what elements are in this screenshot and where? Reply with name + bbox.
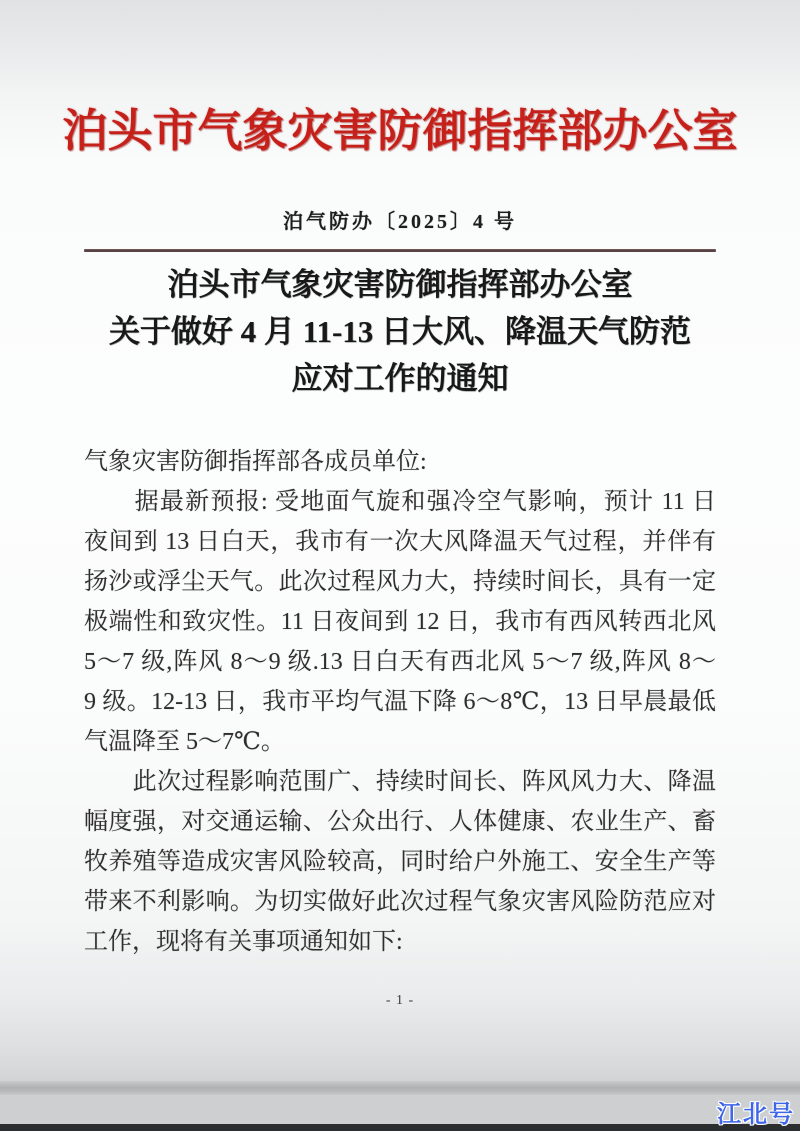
notice-title-line-2: 关于做好 4 月 11-13 日大风、降温天气防范 (0, 308, 800, 355)
document-photo: 泊头市气象灾害防御指挥部办公室 泊气防办〔2025〕4 号 泊头市气象灾害防御指… (0, 0, 800, 1131)
body-line: 牧养殖等造成灾害风险较高，同时给户外施工、安全生产等 (84, 842, 716, 882)
watermark-badge: 江北号 (717, 1094, 795, 1129)
body-line: 9 级。12-13 日，我市平均气温下降 6～8℃，13 日早晨最低 (84, 682, 716, 722)
doc-number: 泊气防办〔2025〕4 号 (0, 205, 800, 234)
body-line: 气温降至 5～7℃。 (84, 722, 716, 762)
notice-title-line-1: 泊头市气象灾害防御指挥部办公室 (0, 261, 800, 308)
notice-body: 气象灾害防御指挥部各成员单位: 据最新预报: 受地面气旋和强冷空气影响，预计 1… (84, 442, 716, 962)
body-line: 工作，现将有关事项通知如下: (84, 922, 716, 962)
body-line: 带来不利影响。为切实做好此次过程气象灾害风险防范应对 (84, 882, 716, 922)
body-line: 此次过程影响范围广、持续时间长、阵风风力大、降温 (84, 762, 716, 802)
body-line: 据最新预报: 受地面气旋和强冷空气影响，预计 11 日 (84, 482, 716, 522)
page-number: - 1 - (0, 993, 800, 1009)
notice-title: 泊头市气象灾害防御指挥部办公室 关于做好 4 月 11-13 日大风、降温天气防… (0, 261, 800, 402)
photo-bottom-band (0, 1095, 800, 1124)
body-line: 极端性和致灾性。11 日夜间到 12 日，我市有西风转西北风 (84, 602, 716, 642)
body-line: 幅度强，对交通运输、公众出行、人体健康、农业生产、畜 (84, 802, 716, 842)
body-line: 扬沙或浮尘天气。此次过程风力大，持续时间长，具有一定 (84, 562, 716, 602)
masthead-title: 泊头市气象灾害防御指挥部办公室 (0, 94, 800, 159)
photo-bottom-stripe (0, 1081, 800, 1095)
body-line: 5～7 级,阵风 8～9 级.13 日白天有西北风 5～7 级,阵风 8～ (84, 642, 716, 682)
separator-line (84, 249, 716, 252)
photo-bottom-edge (0, 1124, 800, 1131)
body-line: 夜间到 13 日白天，我市有一次大风降温天气过程，并伴有 (84, 522, 716, 562)
body-line-salutation: 气象灾害防御指挥部各成员单位: (84, 442, 716, 482)
notice-title-line-3: 应对工作的通知 (0, 355, 800, 402)
